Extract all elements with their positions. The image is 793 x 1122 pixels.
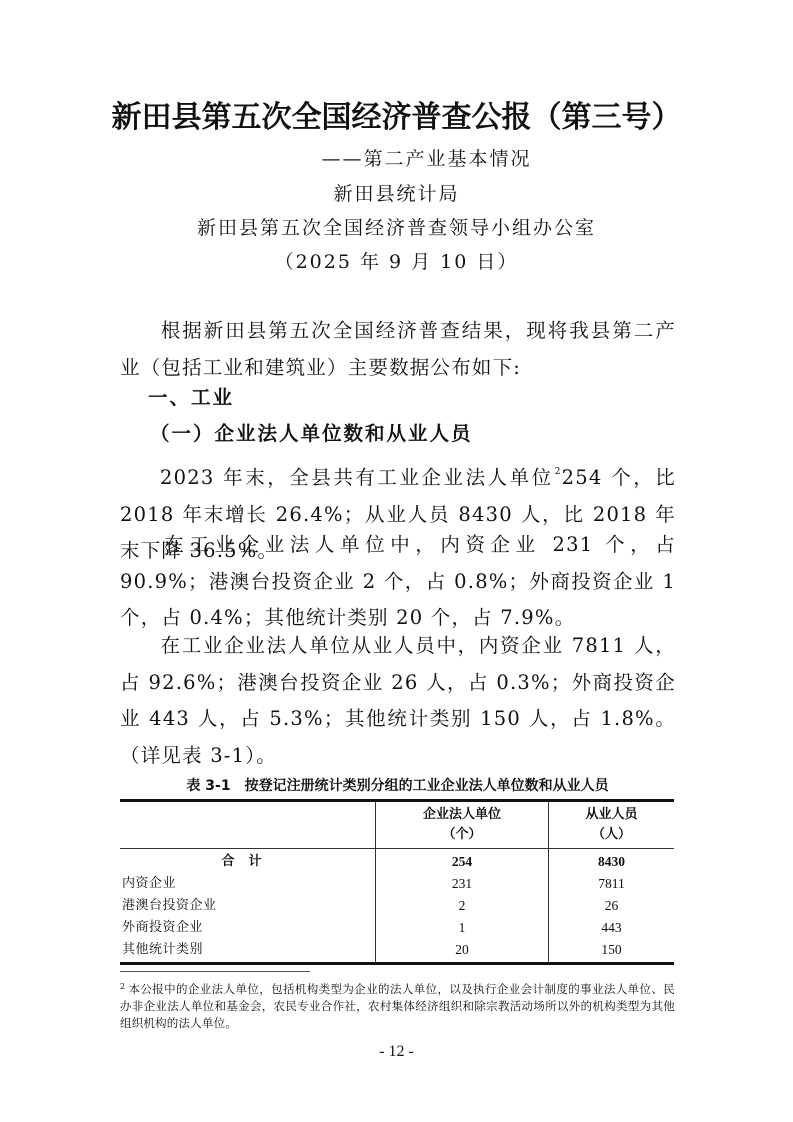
cell-label: 外商投资企业 [120,917,376,939]
header-employees-unit: （人） [549,825,674,845]
paragraph-employees-breakdown: 在工业企业法人单位从业人员中，内资企业 7811 人，占 92.6%；港澳台投资… [120,628,676,774]
header-cell-category [120,801,376,849]
cell-units: 1 [376,917,549,939]
footnote-marker: 2 [120,982,125,991]
page-number: - 12 - [0,1043,793,1061]
header-units-unit: （个） [376,825,548,845]
cell-employees: 7811 [549,873,675,895]
footnote-text: 本公报中的企业法人单位，包括机构类型为企业的法人单位，以及执行企业会计制度的事业… [120,982,675,1030]
cell-units: 2 [376,895,549,917]
cell-label: 港澳台投资企业 [120,895,376,917]
header-cell-units: 企业法人单位 （个） [376,801,549,849]
intro-paragraph: 根据新田县第五次全国经济普查结果，现将我县第二产业（包括工业和建筑业）主要数据公… [120,313,676,386]
paragraph-totals-text-a: 2023 年末，全县共有工业企业法人单位 [160,466,554,489]
cell-employees: 26 [549,895,675,917]
subsection-heading-units-employees: （一）企业法人单位数和从业人员 [150,419,473,449]
footnote: 2本公报中的企业法人单位，包括机构类型为企业的法人单位，以及执行企业会计制度的事… [120,978,675,1032]
cell-employees: 8430 [549,849,675,874]
header-cell-employees: 从业人员 （人） [549,801,675,849]
document-title: 新田县第五次全国经济普查公报（第三号） [0,98,793,138]
section-heading-industry: 一、工业 [148,383,234,413]
document-subtitle: ——第二产业基本情况 [30,146,793,172]
publish-date: （2025 年 9 月 10 日） [0,249,793,275]
cell-employees: 150 [549,939,675,964]
table-title: 按登记注册统计类别分组的工业企业法人单位数和从业人员 [245,778,609,794]
issuer-bureau: 新田县统计局 [0,181,793,207]
table-row: 港澳台投资企业 2 26 [120,895,674,917]
table-row: 内资企业 231 7811 [120,873,674,895]
cell-label: 内资企业 [120,873,376,895]
cell-label: 合计 [120,849,376,874]
footnote-reference[interactable]: 2 [555,467,562,477]
table-row-total: 合计 254 8430 [120,849,674,874]
intro-text: 根据新田县第五次全国经济普查结果，现将我县第二产业（包括工业和建筑业）主要数据公… [120,319,676,379]
issuer-office: 新田县第五次全国经济普查领导小组办公室 [0,215,793,241]
table-number: 表 3-1 [186,778,230,794]
cell-employees: 443 [549,917,675,939]
cell-units: 20 [376,939,549,964]
table-header-row: 企业法人单位 （个） 从业人员 （人） [120,801,674,849]
cell-label: 其他统计类别 [120,939,376,964]
table-row: 其他统计类别 20 150 [120,939,674,964]
paragraph-employees-text: 在工业企业法人单位从业人员中，内资企业 7811 人，占 92.6%；港澳台投资… [120,634,676,767]
footnote-separator [120,971,310,972]
header-units-label: 企业法人单位 [376,805,548,825]
table-caption: 表 3-1按登记注册统计类别分组的工业企业法人单位数和从业人员 [120,776,675,796]
cell-units: 231 [376,873,549,895]
paragraph-units-text: 在工业企业法人单位中，内资企业 231 个，占 90.9%；港澳台投资企业 2 … [120,533,676,629]
data-table: 企业法人单位 （个） 从业人员 （人） 合计 254 8430 内资企业 231… [120,799,674,965]
header-employees-label: 从业人员 [549,805,674,825]
paragraph-units-breakdown: 在工业企业法人单位中，内资企业 231 个，占 90.9%；港澳台投资企业 2 … [120,527,676,637]
cell-units: 254 [376,849,549,874]
table-row: 外商投资企业 1 443 [120,917,674,939]
